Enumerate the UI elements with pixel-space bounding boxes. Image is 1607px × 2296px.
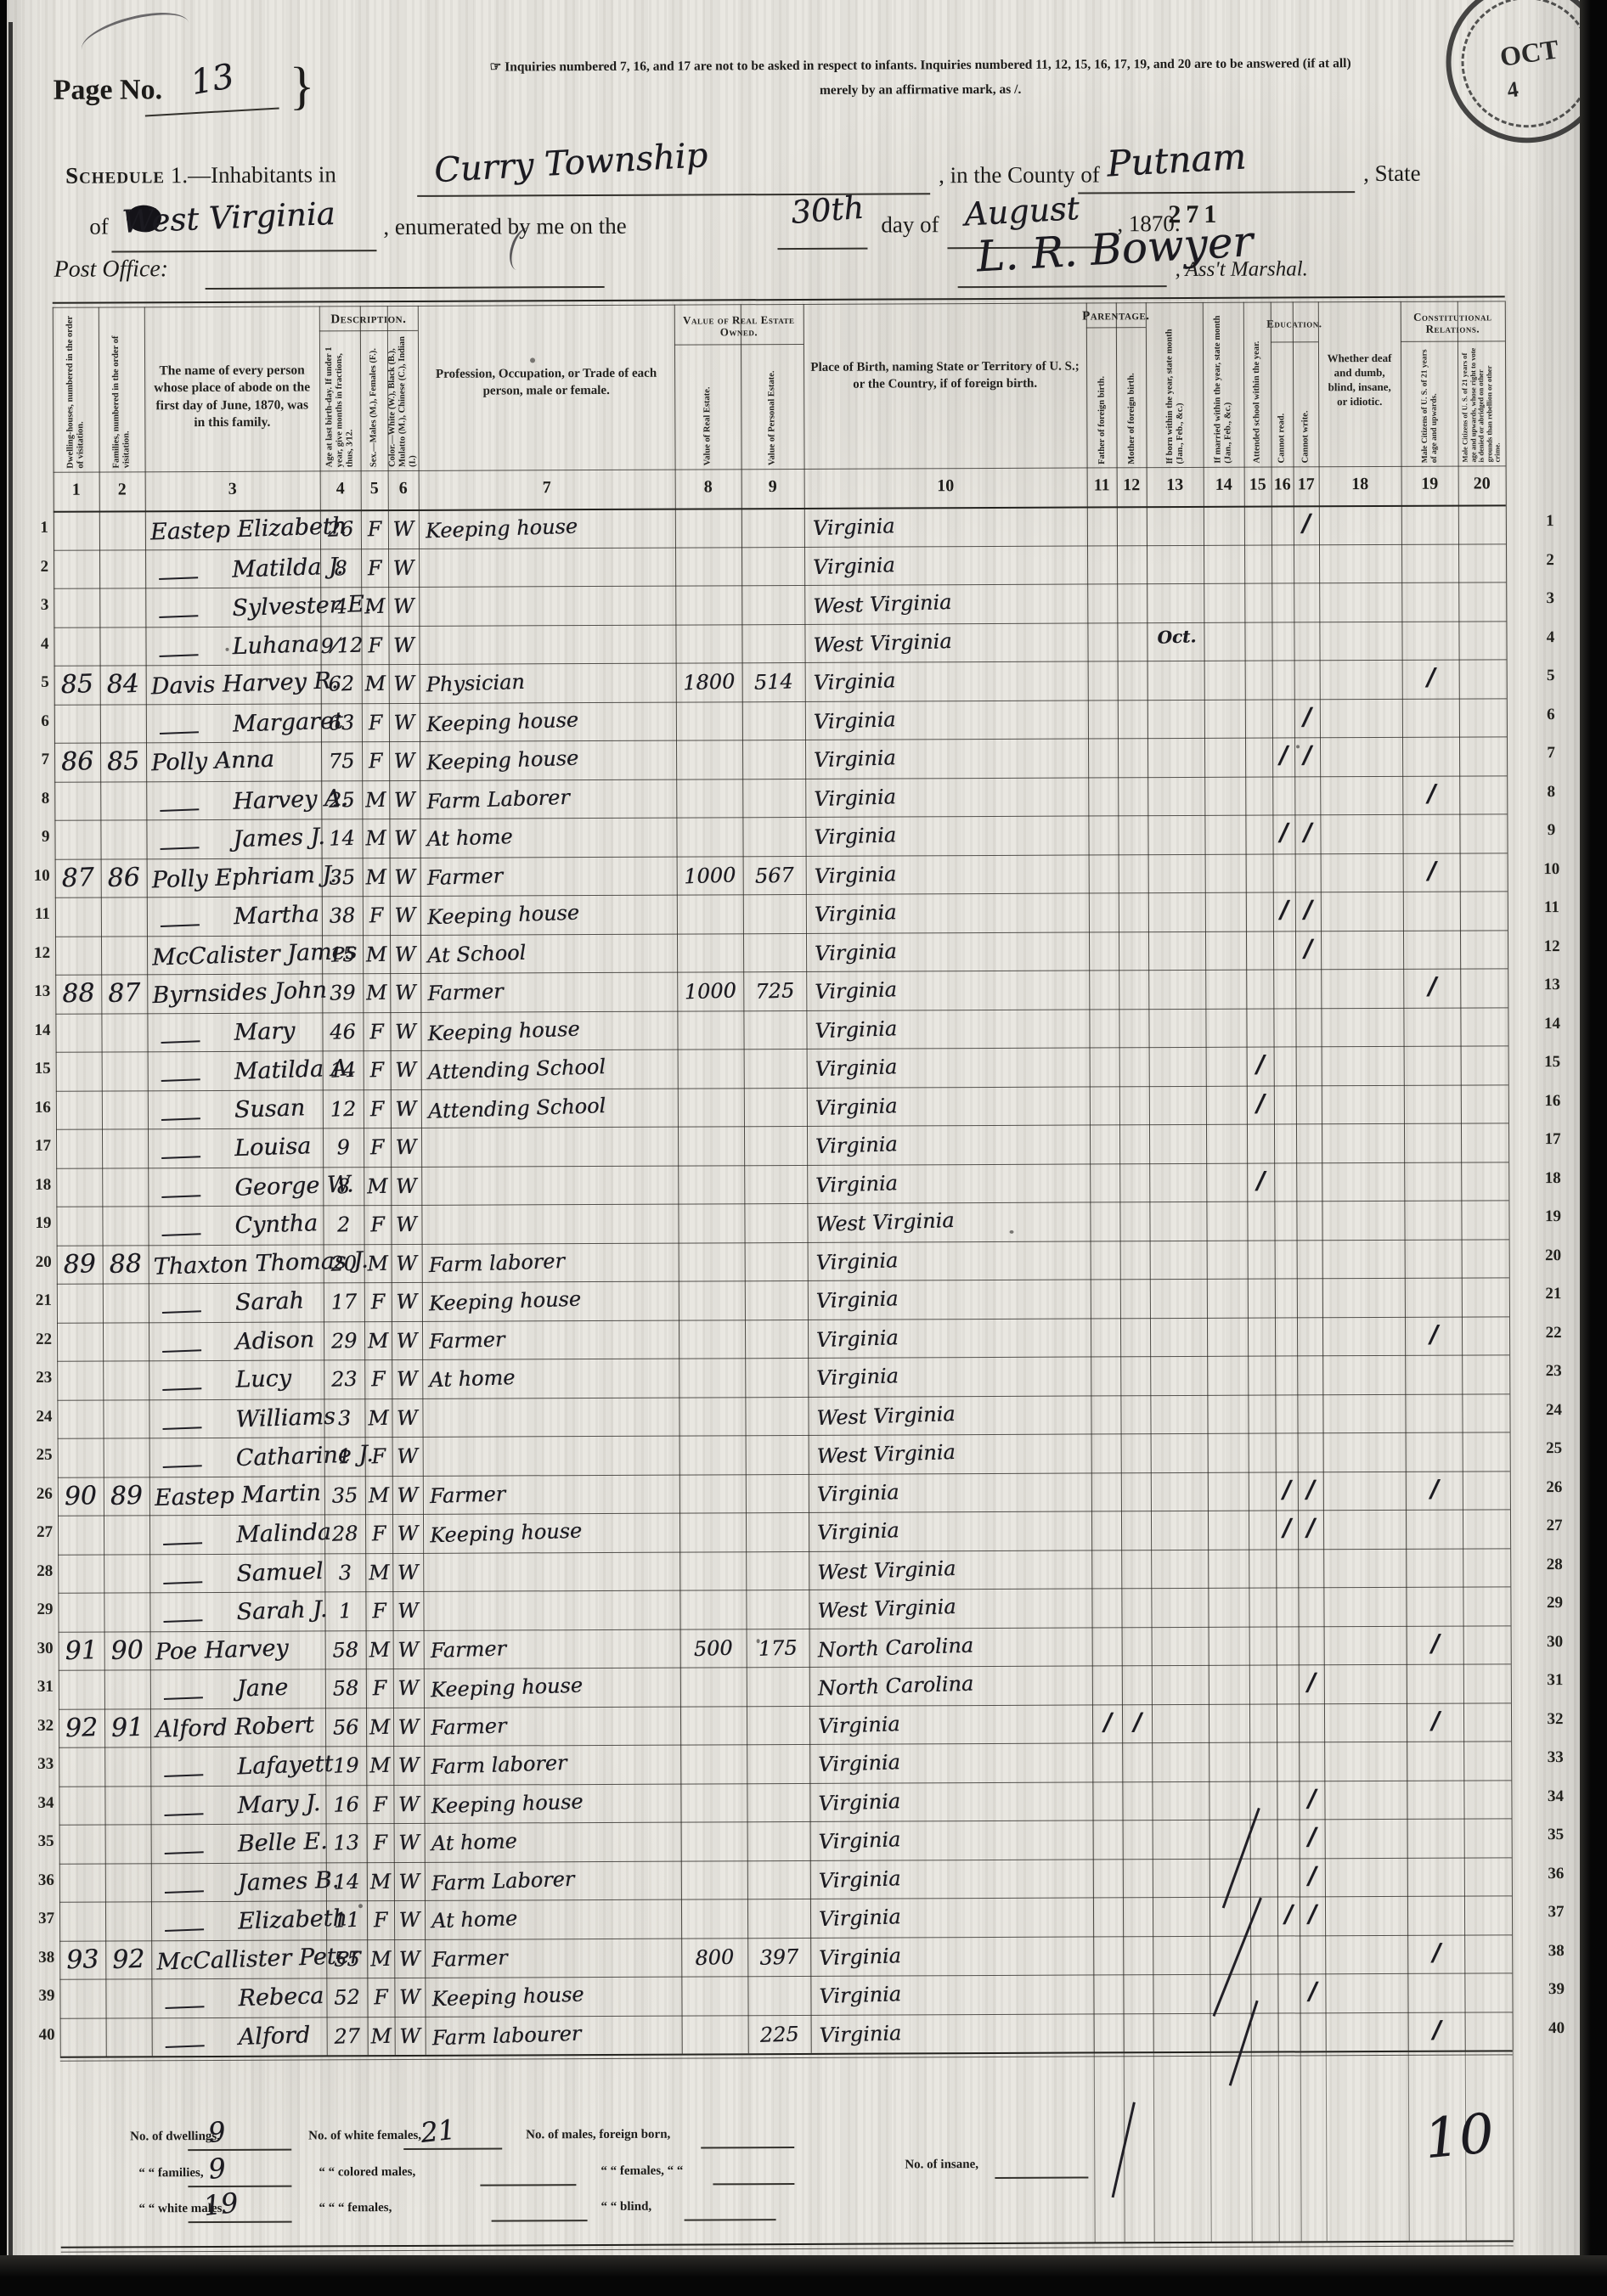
ditto-dash [160,731,199,734]
tally-mark: / [1242,1168,1280,1192]
cell-age: 11 [326,1910,368,1932]
ditto-dash [161,924,200,927]
cell-birthplace: Virginia [813,515,895,538]
scan-gutter-line [8,22,13,2264]
grid-vline-footer [1251,2051,1253,2242]
ditto-dash [162,1349,201,1353]
column-header: Place of Birth, naming State or Territor… [809,359,1081,394]
cell-color: W [393,1716,425,1737]
grid-vline [1203,302,1211,2051]
cell-color: W [393,1832,425,1853]
cell-birthplace: West Virginia [815,1210,955,1235]
grid-vline [674,305,683,2054]
row-line [56,1162,1508,1168]
footer-insane-label: No. of insane, [905,2158,978,2171]
row-line [58,1586,1510,1593]
cell-color: W [392,1639,424,1660]
tally-mark: / [1412,781,1450,806]
cell-age: 23 [324,1369,365,1391]
cell-name: Eastep Martin [154,1481,321,1509]
cell-sex: F [364,1369,392,1390]
cell-occupation: At School [427,942,527,965]
cell-occupation: Keeping house [430,1521,583,1546]
row-number-right: 18 [1529,1168,1576,1187]
cell-birthplace: Virginia [818,1752,900,1775]
cell-sex: F [363,1060,391,1081]
grid-vline-footer [1210,2051,1212,2242]
row-number-right: 34 [1531,1787,1579,1805]
cell-birthplace: Virginia [819,1945,901,1968]
row-line [56,1084,1508,1091]
column-number: 9 [741,477,804,497]
cell-color: W [392,1330,423,1351]
census-table: Description.Value of Real Estate Owned.P… [2,0,1587,2264]
ditto-dash [160,808,199,812]
cell-personal-estate: 175 [746,1636,809,1658]
tally-mark: / [1412,974,1451,999]
footer-blank-line [492,2220,588,2221]
ditto-dash [166,2045,205,2048]
cell-sex: F [364,1291,392,1313]
footer-blank-line [189,2221,292,2224]
row-line [59,1663,1511,1670]
cell-name: Alford [238,2023,310,2049]
cell-occupation: At home [426,826,513,849]
cell-age: 38 [322,905,364,927]
column-header: Dwelling-houses, numbered in the order o… [53,311,99,469]
cell-personal-estate: 567 [742,864,806,886]
cell-color: W [393,1871,425,1892]
cell-age: 29 [324,1330,365,1352]
cell-color: W [389,750,420,771]
cell-sex: M [362,789,390,810]
row-line [58,1471,1510,1477]
cell-birthplace: Virginia [815,941,897,964]
cell-color: W [393,1754,425,1775]
cell-birthplace: Virginia [815,1134,898,1156]
cell-birthplace: West Virginia [817,1596,956,1621]
grid-vline [1086,302,1095,2051]
column-header: Age at last birth-day. If under 1 year, … [319,335,361,467]
cell-name: Jane [236,1676,288,1701]
column-header: Profession, Occupation, or Trade of each… [423,366,669,401]
row-line [58,1548,1510,1555]
cell-color: W [390,943,421,965]
row-line [55,1007,1508,1014]
cell-sex: M [365,1562,393,1583]
ditto-dash [161,847,200,850]
cell-name: Eastep Elizabeth [150,515,347,543]
cell-age: 27 [326,2025,368,2047]
footer-blank-line [403,2148,502,2151]
ditto-dash [161,1117,200,1121]
ditto-dash [162,1387,201,1391]
footer-label: “ “ families, [138,2167,203,2180]
ditto-dash [164,1813,203,1816]
ditto-dash [165,1851,204,1854]
row-line [57,1354,1509,1361]
cell-birthplace: Virginia [814,824,896,847]
grid-vline [1116,302,1125,2051]
grid-vline-footer [1278,2051,1280,2242]
cell-age: 25 [321,789,363,811]
cell-color: W [388,557,420,578]
ditto-dash [162,1233,201,1236]
cell-birthplace: Virginia [815,979,897,1002]
cell-birthplace: West Virginia [816,1442,956,1466]
scan-speck [757,1639,760,1643]
row-number-left: 25 [20,1446,53,1465]
cell-color: W [392,1445,423,1466]
cell-color: W [390,1021,421,1042]
row-number-left: 37 [22,1910,54,1928]
footer-value: 21 [420,2116,457,2147]
cell-dwelling: 89 [56,1251,103,1278]
cell-name: James J. [233,825,325,851]
row-number-right: 21 [1530,1285,1577,1303]
cell-birthplace: Virginia [814,786,896,809]
row-number-left: 22 [20,1330,52,1348]
row-number-left: 10 [18,866,50,885]
row-line [56,1123,1508,1129]
cell-age: 35 [324,1484,365,1506]
row-line [57,1316,1509,1323]
row-number-right: 17 [1529,1130,1576,1149]
column-group-title: Description. [319,309,418,332]
row-number-left: 30 [21,1639,54,1657]
cell-sex: M [362,828,390,849]
cell-color: W [391,1291,422,1312]
tally-mark: / [1288,704,1326,729]
cell-family: 84 [99,672,146,699]
tally-mark: / [1416,1708,1454,1733]
row-number-right: 9 [1527,821,1575,840]
cell-sex: F [366,1793,394,1815]
column-group-title: Value of Real Estate Owned. [674,307,803,346]
cell-personal-estate: 725 [743,980,807,1002]
row-number-left: 31 [21,1678,54,1697]
cell-birthplace: Virginia [819,1906,901,1929]
column-header: Color.—White (W.), Black (B.), Mulatto (… [387,335,419,467]
row-number-right: 33 [1531,1748,1579,1767]
ditto-dash [161,1156,200,1159]
footer-label: “ “ colored males, [319,2166,415,2179]
cell-color: W [392,1522,424,1544]
row-number-right: 3 [1526,589,1574,608]
cell-color: W [388,634,420,656]
cell-occupation: Farmer [431,1947,508,1970]
cell-real-estate: 1800 [675,671,742,694]
grid-vline-footer [1408,2051,1410,2241]
cell-name: Martha [233,903,319,928]
cell-age: 14 [321,828,363,850]
row-number-right: 30 [1531,1632,1579,1651]
cell-birthplace: Virginia [815,1018,897,1041]
cell-age: 20 [323,1252,364,1275]
cell-occupation: Farm Laborer [431,1868,575,1893]
tally-mark: / [1288,898,1327,922]
row-number-right: 25 [1531,1439,1578,1458]
cell-age: 75 [321,751,363,773]
cell-sex: F [367,1910,395,1931]
row-number-right: 15 [1529,1053,1576,1072]
cell-color: W [388,518,420,539]
row-line [55,853,1508,859]
cell-sex: F [362,712,390,733]
cell-occupation: Farm Laborer [426,786,570,811]
cell-age: 9 [323,1137,364,1159]
row-number-left: 6 [17,712,49,730]
tally-mark: / [1412,858,1451,883]
cell-age: 12 [323,1098,364,1120]
row-number-right: 20 [1530,1246,1577,1264]
cell-real-estate: 1000 [676,864,743,887]
cell-family: 90 [104,1637,150,1664]
grid-vline [1505,301,1514,2050]
column-header: Whether deaf and dumb, blind, insane, or… [1323,351,1396,409]
cell-birthplace: Virginia [815,1056,897,1079]
cell-age: 55 [326,1948,368,1970]
row-number-left: 29 [20,1601,53,1619]
grid-vline-footer [1153,2051,1155,2242]
cell-age: 63 [321,712,363,734]
cell-occupation: Farmer [431,1715,507,1738]
grid-vline-footer [1326,2051,1328,2241]
footer-label: “ “ blind, [601,2201,652,2214]
cell-color: W [391,1252,422,1274]
cell-name: Sarah [234,1289,304,1314]
footer-value: 9 [207,2154,228,2183]
grid-vline-footer [1513,2050,1514,2240]
cell-color: W [390,904,421,926]
cell-age: 56 [325,1716,367,1738]
ditto-dash [164,1774,203,1777]
cell-birthplace: Virginia [813,554,895,577]
column-header: If married within the year, state month … [1203,306,1244,464]
row-number-right: 6 [1527,705,1575,723]
cell-sex: F [364,1098,392,1119]
row-number-right: 35 [1532,1826,1580,1844]
row-number-left: 27 [20,1523,53,1542]
row-line [58,1432,1510,1438]
ditto-dash [162,1310,201,1314]
row-line [57,1393,1509,1400]
row-number-right: 39 [1532,1980,1580,1999]
cell-age: 35 [321,866,363,888]
column-header: Cannot read. [1271,346,1294,463]
cell-age: 13 [325,1832,367,1854]
cell-occupation: Attending School [427,1056,606,1083]
column-number: 17 [1294,475,1319,494]
column-header: Mother of foreign birth. [1116,331,1147,464]
cell-personal-estate: 397 [747,1945,811,1967]
cell-sex: M [365,1639,393,1660]
row-number-left: 18 [19,1175,51,1194]
cell-sex: F [361,634,389,656]
row-line [59,1702,1511,1709]
ditto-dash [159,615,198,618]
cell-dwelling: 87 [54,864,101,892]
row-line [59,1625,1511,1632]
row-number-right: 4 [1526,627,1574,646]
row-line [54,775,1507,782]
column-number: 3 [145,479,320,499]
grid-vline-footer [1300,2051,1302,2241]
cell-age: 16 [325,1793,367,1815]
cell-dwelling: 86 [54,749,101,776]
row-line [56,1045,1508,1052]
column-number: 6 [388,479,419,498]
scan-edge-bottom [0,2255,1607,2296]
grid-vline [1458,301,1466,2051]
row-line [59,1857,1512,1864]
scan-speck [1010,1230,1014,1234]
cell-age: 39 [322,982,364,1004]
cell-sex: M [367,2025,395,2046]
cell-color: W [392,1562,424,1583]
row-number-right: 27 [1531,1517,1578,1535]
cell-name: Poe Harvey [155,1636,289,1663]
cell-occupation: Keeping house [431,1675,584,1701]
column-number: 10 [804,476,1087,496]
cell-name: Byrnsides John [152,979,327,1008]
row-number-left: 32 [21,1716,54,1735]
row-number-left: 14 [18,1021,50,1039]
cell-age: 19 [325,1755,367,1777]
row-line [54,621,1506,627]
cell-occupation: Farmer [430,1483,506,1506]
row-line [55,930,1508,937]
cell-name: Polly Ephriam J. [151,863,337,892]
cell-color: W [392,1677,424,1698]
cell-birthplace: Virginia [818,1791,900,1814]
census-page-scan: Page No. 13 } ☞ Inquiries numbered 7, 16… [0,0,1607,2296]
tally-mark: / [1417,1940,1455,1965]
column-header: Value of Personal Estate. [741,348,804,465]
cell-sex: F [361,557,389,578]
footer-value: 9 [206,2118,227,2147]
cell-birthplace: Virginia [818,1868,900,1891]
tally-mark: / [1118,1709,1156,1734]
cell-color: W [392,1484,423,1505]
cell-name: Davis Harvey R. [150,669,338,698]
row-number-left: 21 [20,1291,52,1310]
row-number-right: 19 [1529,1207,1576,1226]
cell-name: Sarah J. [236,1598,328,1624]
ditto-dash [161,1195,200,1198]
cell-birthplace: Virginia [817,1482,899,1505]
cell-birthplace: Virginia [813,670,895,693]
tally-mark: / [1294,1979,1332,2004]
cell-name: Mary [234,1019,296,1044]
row-line [57,1239,1509,1246]
column-group-title: Constitutional Relations. [1401,304,1505,342]
cell-occupation: Keeping house [426,709,579,734]
cell-sex: M [366,1716,394,1737]
cell-color: W [389,789,420,810]
cell-occupation: Attending School [428,1095,606,1122]
row-number-right: 11 [1528,898,1576,917]
cell-age: 58 [324,1678,366,1700]
row-number-right: 24 [1530,1400,1577,1419]
cell-sex: F [367,1987,395,2008]
row-number-right: 1 [1526,512,1574,531]
cell-occupation: At home [429,1367,516,1390]
cell-sex: F [362,751,390,772]
cell-name: Luhana [232,633,319,658]
tally-mark: / [1416,1631,1454,1656]
paper-sheet: Page No. 13 } ☞ Inquiries numbered 7, 16… [7,0,1582,2260]
row-number-left: 3 [16,596,48,615]
tally-mark: / [1287,511,1325,536]
cell-name: Belle E. [237,1830,328,1855]
cell-personal-estate: 225 [747,2023,811,2045]
tally-mark: Oct. [1157,627,1195,645]
row-number-left: 28 [20,1562,53,1580]
cell-color: W [393,1793,425,1815]
tally-mark: / [1292,1516,1330,1540]
grid-vline [144,307,153,2056]
column-number: 2 [99,480,145,499]
cell-sex: F [364,1446,392,1467]
cell-birthplace: Virginia [814,709,896,732]
cell-age: 8 [323,1175,364,1197]
row-number-right: 38 [1532,1941,1580,1960]
column-number: 4 [320,479,361,498]
row-number-right: 7 [1527,744,1575,763]
column-number: 5 [361,479,388,498]
row-line [60,2012,1513,2018]
cell-sex: F [364,1214,392,1235]
cell-real-estate: 1000 [677,980,744,1003]
cell-name: Samuel [236,1560,324,1585]
row-number-left: 20 [20,1252,52,1271]
row-line [59,1972,1512,1979]
cell-age: 8 [320,557,362,579]
cell-age: 2 [323,1214,364,1236]
cell-birthplace: Virginia [816,1327,899,1350]
cell-occupation: Keeping house [426,516,578,542]
row-line [54,659,1507,666]
tally-mark: / [1289,936,1328,960]
cell-name: Louisa [234,1134,312,1160]
cell-color: W [394,1986,426,2007]
row-number-right: 8 [1527,782,1575,801]
cell-personal-estate: 514 [741,671,805,693]
cell-age: 62 [320,673,362,695]
cell-birthplace: Virginia [816,1365,899,1388]
cell-occupation: Farmer [427,981,504,1004]
row-number-left: 4 [16,634,48,653]
ditto-dash [164,1697,203,1700]
cell-color: W [389,712,420,733]
row-number-right: 28 [1531,1555,1578,1573]
cell-age: 15 [322,943,364,965]
cell-occupation: Keeping house [429,1289,582,1314]
row-number-left: 35 [22,1832,54,1851]
footer-blank-line [188,2149,291,2152]
column-header: Father of foreign birth. [1086,331,1117,464]
cell-color: W [391,1175,422,1196]
cell-color: W [390,1059,421,1080]
row-number-left: 11 [18,905,50,924]
cell-color: W [394,1948,426,1969]
row-number-right: 22 [1530,1323,1577,1342]
column-header: Sex.—Males (M.), Females (F.). [360,335,388,467]
row-number-right: 2 [1526,550,1574,569]
cell-sex: F [363,1021,391,1042]
cell-sex: F [363,905,391,926]
